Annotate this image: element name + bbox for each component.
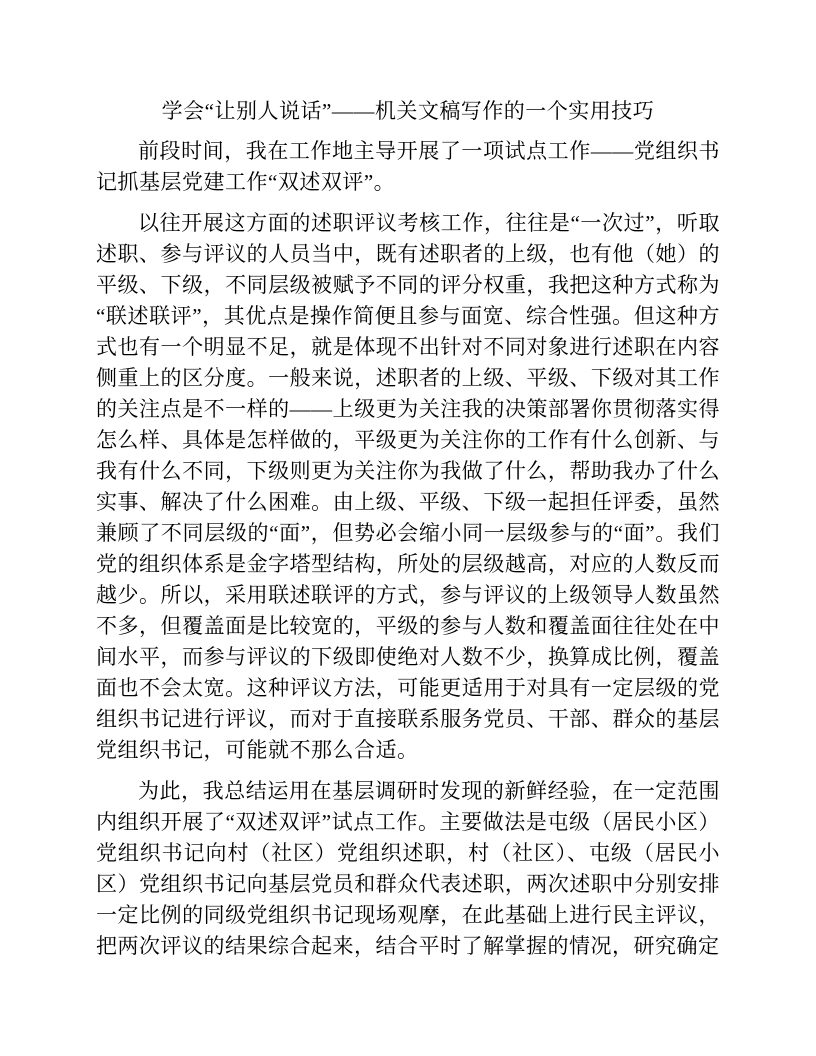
paragraph-body-2: 为此，我总结运用在基层调研时发现的新鲜经验，在一定范围内组织开展了“双述双评”试… — [96, 776, 720, 962]
paragraph-intro: 前段时间，我在工作地主导开展了一项试点工作——党组织书记抓基层党建工作“双述双评… — [96, 136, 720, 198]
paragraph-body-1: 以往开展这方面的述职评议考核工作，往往是“一次过”，听取述职、参与评议的人员当中… — [96, 208, 720, 766]
document-page: 学会“让别人说话”——机关文稿写作的一个实用技巧 前段时间，我在工作地主导开展了… — [0, 0, 816, 1056]
document-title: 学会“让别人说话”——机关文稿写作的一个实用技巧 — [96, 96, 720, 127]
